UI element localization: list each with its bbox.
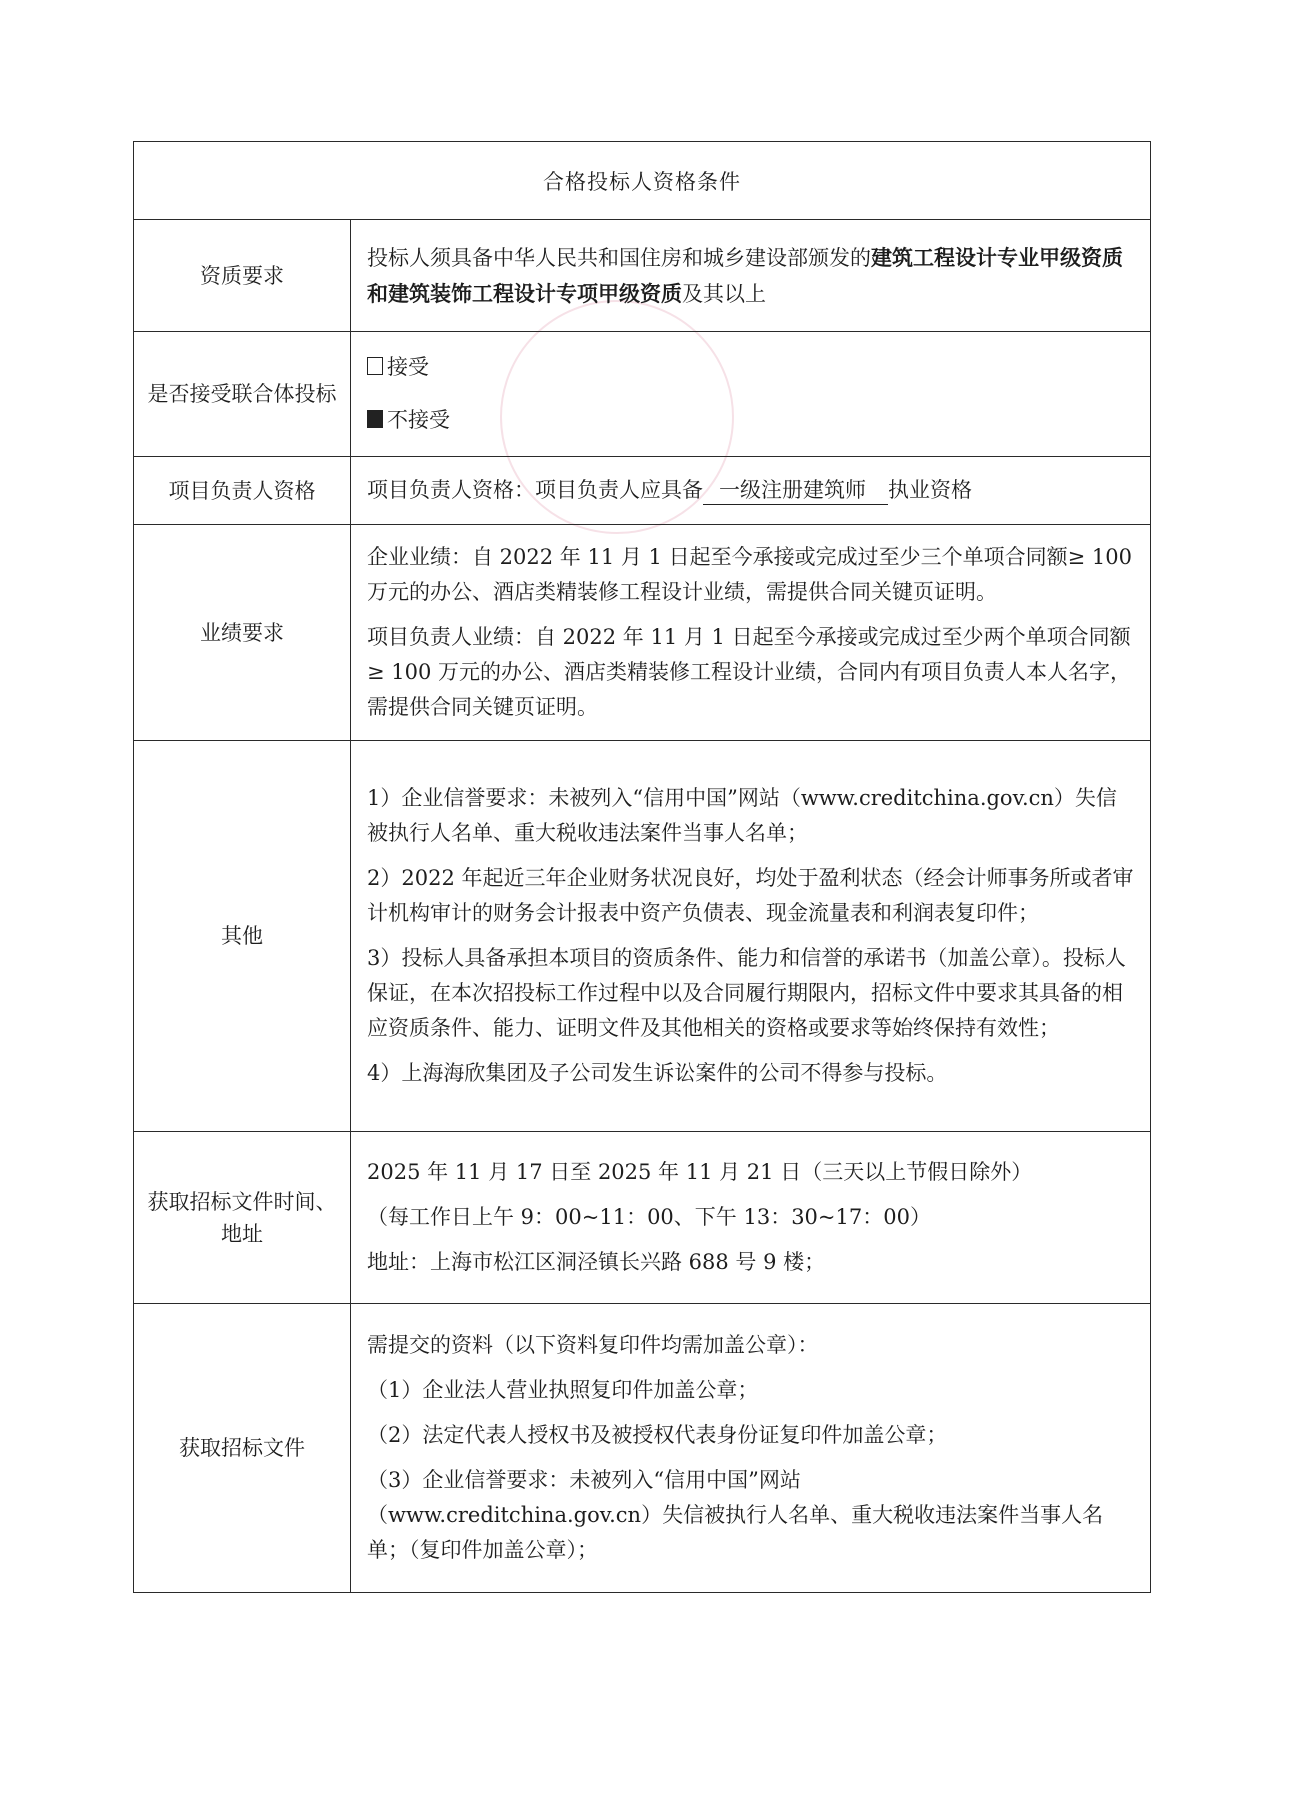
row-label: 项目负责人资格 — [134, 457, 351, 525]
row-content: 1）企业信誉要求：未被列入“信用中国”网站（www.creditchina.go… — [351, 741, 1151, 1132]
table-title-row: 合格投标人资格条件 — [134, 142, 1151, 220]
underlined-text: 一级注册建筑师 — [703, 476, 888, 505]
table-title: 合格投标人资格条件 — [134, 142, 1151, 220]
table-row-qualification: 资质要求 投标人须具备中华人民共和国住房和城乡建设部颁发的建筑工程设计专业甲级资… — [134, 220, 1151, 332]
row-content: 投标人须具备中华人民共和国住房和城乡建设部颁发的建筑工程设计专业甲级资质和建筑装… — [351, 220, 1151, 332]
table-row-project-leader: 项目负责人资格 项目负责人资格：项目负责人应具备一级注册建筑师执业资格 — [134, 457, 1151, 525]
paragraph: 2）2022 年起近三年企业财务状况良好，均处于盈利状态（经会计师事务所或者审计… — [367, 861, 1136, 931]
checkbox-unchecked-icon — [367, 357, 383, 375]
paragraph: 需提交的资料（以下资料复印件均需加盖公章）： — [367, 1328, 1136, 1363]
table-row-acquire-documents: 获取招标文件 需提交的资料（以下资料复印件均需加盖公章）： （1）企业法人营业执… — [134, 1304, 1151, 1593]
text: 项目负责人资格：项目负责人应具备 — [367, 478, 703, 502]
paragraph: 3）投标人具备承担本项目的资质条件、能力和信誉的承诺书（加盖公章）。投标人保证，… — [367, 941, 1136, 1046]
option-accept: 接受 — [367, 350, 1136, 385]
row-content: 接受 不接受 — [351, 332, 1151, 457]
table-row-other: 其他 1）企业信誉要求：未被列入“信用中国”网站（www.creditchina… — [134, 741, 1151, 1132]
row-content: 项目负责人资格：项目负责人应具备一级注册建筑师执业资格 — [351, 457, 1151, 525]
paragraph: （2）法定代表人授权书及被授权代表身份证复印件加盖公章； — [367, 1418, 1136, 1453]
qualification-table: 合格投标人资格条件 资质要求 投标人须具备中华人民共和国住房和城乡建设部颁发的建… — [133, 141, 1151, 1593]
row-label: 业绩要求 — [134, 525, 351, 741]
paragraph: 2025 年 11 月 17 日至 2025 年 11 月 21 日（三天以上节… — [367, 1155, 1136, 1190]
paragraph: 项目负责人业绩：自 2022 年 11 月 1 日起至今承接或完成过至少两个单项… — [367, 620, 1136, 725]
paragraph: 企业业绩：自 2022 年 11 月 1 日起至今承接或完成过至少三个单项合同额… — [367, 540, 1136, 610]
row-label: 获取招标文件 — [134, 1304, 351, 1593]
row-content: 企业业绩：自 2022 年 11 月 1 日起至今承接或完成过至少三个单项合同额… — [351, 525, 1151, 741]
table-row-acquisition-time: 获取招标文件时间、地址 2025 年 11 月 17 日至 2025 年 11 … — [134, 1132, 1151, 1304]
paragraph: 地址：上海市松江区洞泾镇长兴路 688 号 9 楼； — [367, 1245, 1136, 1280]
paragraph: （www.creditchina.gov.cn）失信被执行人名单、重大税收违法案… — [367, 1498, 1136, 1568]
option-label: 不接受 — [387, 408, 450, 432]
row-content: 需提交的资料（以下资料复印件均需加盖公章）： （1）企业法人营业执照复印件加盖公… — [351, 1304, 1151, 1593]
paragraph: （每工作日上午 9：00~11：00、下午 13：30~17：00） — [367, 1200, 1136, 1235]
paragraph: （3）企业信誉要求：未被列入“信用中国”网站 — [367, 1463, 1136, 1498]
paragraph: （1）企业法人营业执照复印件加盖公章； — [367, 1373, 1136, 1408]
table-row-performance: 业绩要求 企业业绩：自 2022 年 11 月 1 日起至今承接或完成过至少三个… — [134, 525, 1151, 741]
text: 投标人须具备中华人民共和国住房和城乡建设部颁发的 — [367, 246, 871, 270]
option-reject: 不接受 — [367, 403, 1136, 438]
checkbox-checked-icon — [367, 410, 383, 428]
row-label: 是否接受联合体投标 — [134, 332, 351, 457]
row-label: 其他 — [134, 741, 351, 1132]
row-label: 资质要求 — [134, 220, 351, 332]
row-label: 获取招标文件时间、地址 — [134, 1132, 351, 1304]
row-content: 2025 年 11 月 17 日至 2025 年 11 月 21 日（三天以上节… — [351, 1132, 1151, 1304]
paragraph: 1）企业信誉要求：未被列入“信用中国”网站（www.creditchina.go… — [367, 781, 1136, 851]
table-row-consortium: 是否接受联合体投标 接受 不接受 — [134, 332, 1151, 457]
text: 执业资格 — [888, 478, 972, 502]
text: 及其以上 — [682, 282, 766, 306]
option-label: 接受 — [387, 355, 429, 379]
paragraph: 4）上海海欣集团及子公司发生诉讼案件的公司不得参与投标。 — [367, 1056, 1136, 1091]
